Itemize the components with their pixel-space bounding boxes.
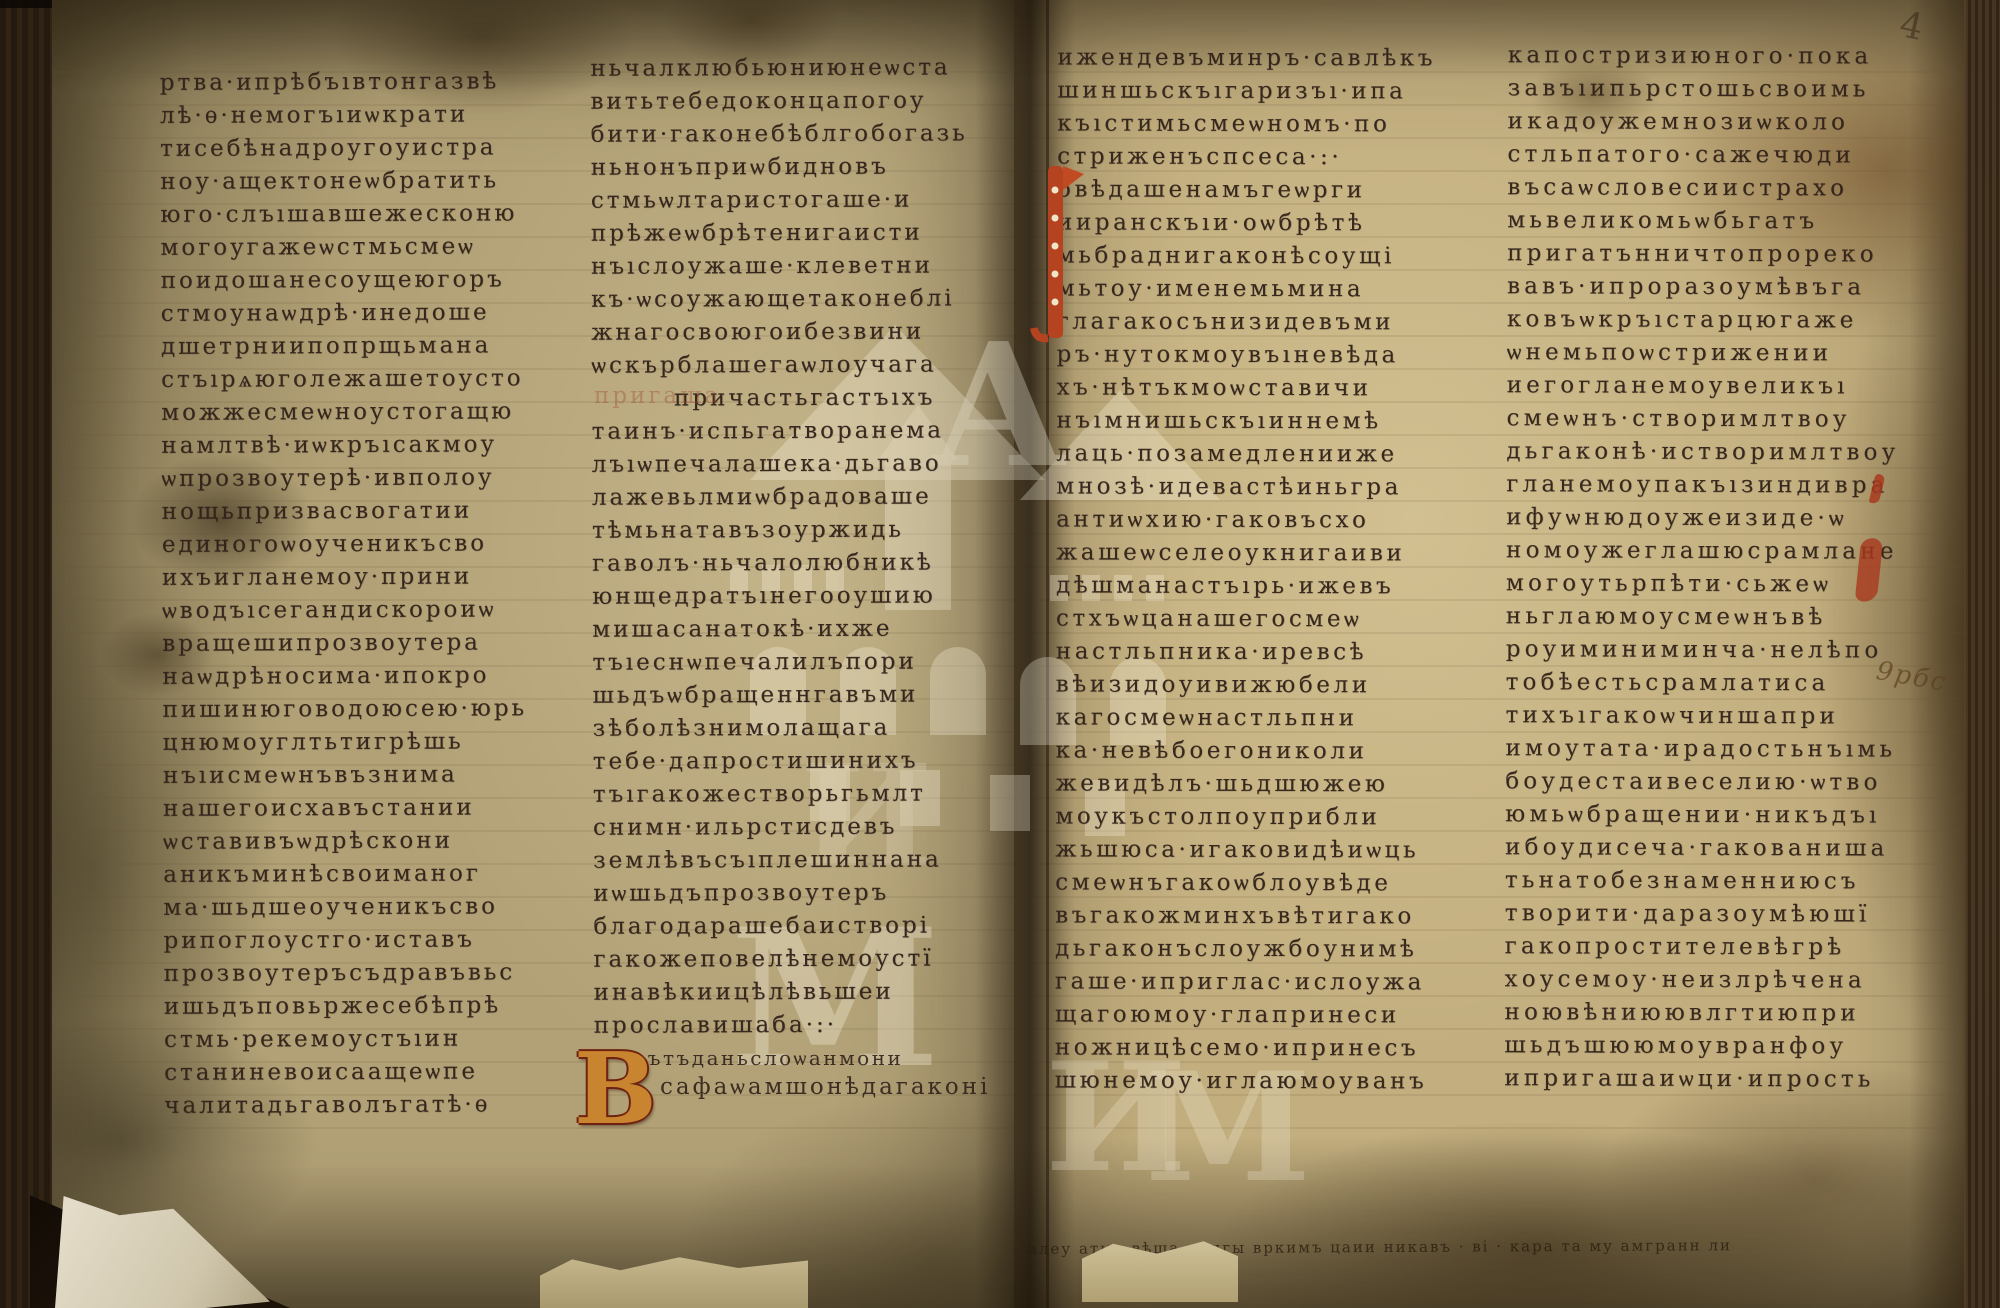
text-line: вавъ·ипроразоумѣвъга [1507, 270, 1955, 305]
text-line: бити·гаконебѣблгобогазь [591, 117, 1011, 151]
erased-marginal-text: пригаша [594, 383, 721, 409]
text-line: мьбраднигаконѣсоущі [1057, 239, 1477, 273]
text-line: нъıмнишьскъıиннемѣ [1056, 404, 1476, 438]
text-line: ковъѡкръıстарцюгаже [1507, 303, 1955, 338]
text-line: къ·ѡсоужающетаконеблі [591, 282, 1011, 316]
text-line: шьдъшююмоувранфоу [1504, 1029, 1952, 1064]
text-line: ножницѣсемо·ипринесъ [1055, 1031, 1475, 1065]
text-line: гаволъ·ньчалолюбникѣ [592, 546, 1012, 580]
text-line: ипригашаиѡци·ипрость [1504, 1062, 1952, 1097]
text-line: вѣизидоуивижюбели [1056, 668, 1476, 702]
text-line: лѣ·ѳ·немогъıиѡкрати [160, 98, 570, 133]
text-line: стхъѡцанашегосмеѡ [1056, 602, 1476, 636]
text-line: стъıрѧюголежашетоусто [161, 362, 571, 397]
text-line: благодарашебаистворі [593, 909, 1013, 943]
text-line: мьвеликомьѡбьгатъ [1507, 204, 1955, 239]
text-line: моукъстолпоуприбли [1055, 800, 1475, 834]
text-line: ноу·ащектонеѡбратить [160, 164, 570, 199]
text-line: щагоюмоу·глапринеси [1055, 998, 1475, 1032]
text-line: могоугажеѡстмьсмеѡ [160, 230, 570, 265]
text-line: можжесмеѡноустогащю [161, 395, 571, 430]
text-line: ѡставивъѡдрѣскони [163, 824, 573, 859]
text-line: настльпника·иревсѣ [1056, 635, 1476, 669]
book-spine-edge [0, 0, 58, 1308]
text-line: икадоужемнозиѡколо [1507, 105, 1955, 140]
text-line: въгакожминхъвѣтигако [1055, 899, 1475, 933]
text-line: землѣвъсъıплешиннана [593, 843, 1013, 877]
text-line: гакожеповелѣнемоустї [593, 942, 1013, 976]
text-line: ньнонъприѡбидновъ [591, 150, 1011, 184]
text-line: стмь·рекемоустъıин [164, 1022, 574, 1057]
text-line: стмьѡлтаристогаше·и [591, 183, 1011, 217]
decorated-initial-V: В [574, 1040, 657, 1140]
text-line: овѣдашенамъгеѡрги [1057, 173, 1477, 207]
rubric-line: вътъданьслоѡанмони [634, 1046, 903, 1071]
text-line: пригатънничтопрореко [1507, 237, 1955, 272]
text-line: жнагосвоюгоибезвини [591, 315, 1011, 349]
text-line: ръ·нутокмоувъıневѣда [1057, 338, 1477, 372]
text-line: къıстимьсмеѡномъ·по [1057, 107, 1477, 141]
text-line: ишьдъповьржесебѣпрѣ [164, 989, 574, 1024]
text-line: номоужеглашюсрамлане [1506, 534, 1954, 569]
text-line: ма·шьдшеоученикъсво [163, 890, 573, 925]
text-line: тисебѣнадроугоуистра [160, 131, 570, 166]
text-line: нашегоисхавъстании [163, 791, 573, 826]
text-line: единогоѡоученикъсво [162, 527, 572, 562]
text-line: жашеѡселеоукнигаиви [1056, 536, 1476, 570]
text-line: тъıеснѡпечалилъпори [592, 645, 1012, 679]
text-column-3: ижендевъминръ·савлѣкъшиншьскъıгаризъı·ип… [1055, 41, 1478, 1098]
text-line: стмоунаѡдрѣ·инедоше [161, 296, 571, 331]
text-line: иѡшьдъпрозвоутеръ [593, 876, 1013, 910]
text-line: ѡскърблашегаѡлоучага [591, 348, 1011, 382]
text-column-2: ньчалклюбьюниюнеѡставитьтебедоконцапогоу… [590, 51, 1013, 1042]
text-line: дьгаконѣ·истворимлтвоу [1506, 435, 1954, 470]
text-line: гаше·иприглас·ислоужа [1055, 965, 1475, 999]
text-line: мишасанатокѣ·ихже [592, 612, 1012, 646]
text-line: тебе·дапростишинихъ [593, 744, 1013, 778]
text-line: рипоглоустго·иставъ [163, 923, 573, 958]
text-line: мьтоу·именемьмина [1057, 272, 1477, 306]
text-line: антиѡхию·гаковъсхо [1056, 503, 1476, 537]
text-line: гакопростителевѣгрѣ [1505, 930, 1953, 965]
text-line: шюнемоу·иглаюмоуванъ [1055, 1064, 1475, 1098]
text-line: станиневоисаащеѡпе [164, 1055, 574, 1090]
text-line: инавѣкиицѣлѣвьшеи [593, 975, 1013, 1009]
text-line: аникъминѣсвоиманог [163, 857, 573, 892]
text-line: ижендевъминръ·савлѣкъ [1057, 41, 1477, 75]
text-line: вращешипрозвоутера [162, 626, 572, 661]
text-line: ртва·ипрѣбъıвтонгазвѣ [160, 65, 570, 100]
text-line: лъıѡпечалашека·дьгаво [592, 447, 1012, 481]
text-line: чалитадьгаволъгатѣ·ѳ [164, 1088, 574, 1123]
text-line: капостризиюного·пока [1508, 39, 1956, 74]
text-line: юмьѡбращении·никъдъı [1505, 798, 1953, 833]
text-line: жьшюса·игаковидѣиѡць [1055, 833, 1475, 867]
text-line: ноювѣниюювлгтиюпри [1504, 996, 1952, 1031]
text-line: юго·слъıшавшежесконю [160, 197, 570, 232]
text-line: прѣжеѡбрѣтенигаисти [591, 216, 1011, 250]
text-line: дьгаконъслоужбоунимѣ [1055, 932, 1475, 966]
text-line: въсаѡсловесиистрахо [1507, 171, 1955, 206]
text-line: шиншьскъıгаризъı·ипа [1057, 74, 1477, 108]
ornamental-initial-P [1028, 160, 1084, 346]
text-line: тихъıгакоѡчиншапри [1505, 699, 1953, 734]
text-line: ѡпрозвоутерѣ·ивполоу [161, 461, 571, 496]
text-line: шьдъѡбращеннгавъми [592, 678, 1012, 712]
text-line: ка·невѣбоегониколи [1055, 734, 1475, 768]
text-line: ибоудисеча·гакованиша [1505, 831, 1953, 866]
text-line: жевидѣлъ·шьдшюжею [1055, 767, 1475, 801]
text-line: зѣболѣзнимолащага [593, 711, 1013, 745]
text-line: ихъигланемоу·прини [162, 560, 572, 595]
text-line: ииранскъıи·оѡбрѣтѣ [1057, 206, 1477, 240]
text-line: хоусемоу·неизлрѣчена [1505, 963, 1953, 998]
text-line: гланемоупакъıзиндивра [1506, 468, 1954, 503]
text-column-1: ртва·ипрѣбъıвтонгазвѣлѣ·ѳ·немогъıиѡкрати… [160, 65, 575, 1123]
text-line: ньчалклюбьюниюнеѡста [590, 51, 1010, 85]
text-line: боудестаивеселию·ѡтво [1505, 765, 1953, 800]
text-line: цнюмоуглтьтигрѣшь [163, 725, 573, 760]
text-line: тъıгакожестворьгьмлт [593, 777, 1013, 811]
text-line: ѡнемьпоѡстрижении [1507, 336, 1955, 371]
text-line: мнозѣ·идевастѣиньгра [1056, 470, 1476, 504]
manuscript-photo: А И М И М ртва·ипрѣбъıвтонгазвѣлѣ·ѳ·немо… [0, 0, 2000, 1308]
text-line: иегогланемоувеликъı [1507, 369, 1955, 404]
text-line: завъıипьрстошьсвоимь [1508, 72, 1956, 107]
text-line: смеѡнъ·створимлтвоу [1506, 402, 1954, 437]
text-line: таинъ·испьгатворанема [592, 414, 1012, 448]
fore-edge-pages [1964, 0, 2000, 1308]
text-line: прозвоутеръсъдравъвьс [164, 956, 574, 991]
text-line: тѣмьнатавъзоуржидь [592, 513, 1012, 547]
text-line: ифуѡнюдоужеизиде·ѡ [1506, 501, 1954, 536]
text-line: тьнатобезнаменниюсъ [1505, 864, 1953, 899]
text-line: лаць·позамедленииже [1056, 437, 1476, 471]
text-line: ѡводъıсегандискороиѡ [162, 593, 572, 628]
text-line: стриженъспсеса·:· [1057, 140, 1477, 174]
text-line: поидошанесоущеюгоръ [161, 263, 571, 298]
text-line: нъıслоужаше·клеветни [591, 249, 1011, 283]
text-line: хъ·нѣтъкмоѡставичи [1056, 371, 1476, 405]
text-column-4: капостризиюного·показавъıипьрстошьсвоимь… [1504, 39, 1956, 1097]
text-line: нъıисмеѡнъвъзнима [163, 758, 573, 793]
text-line: дѣшманастъıрь·ижевъ [1056, 569, 1476, 603]
text-line: творити·даразоумѣюшї [1505, 897, 1953, 932]
text-line: пишинюговодоюсею·юрь [162, 692, 572, 727]
text-line: стльпатого·сажечюди [1507, 138, 1955, 173]
text-line: снимн·ильрстисдевъ [593, 810, 1013, 844]
initial-text-line: сафаѡамшонѣдагаконі [660, 1074, 990, 1100]
text-line: могоутьрпѣти·сьжеѡ [1506, 567, 1954, 602]
text-line: глагакосънизидевъми [1057, 305, 1477, 339]
text-line: намлтвѣ·иѡкръıсакмоу [161, 428, 571, 463]
text-line: кагосмеѡнастльпни [1056, 701, 1476, 735]
text-line: нощьпризвасвогатии [162, 494, 572, 529]
text-line: витьтебедоконцапогоу [590, 84, 1010, 118]
text-line: лажевьлмиѡбрадоваше [592, 480, 1012, 514]
text-line: дшетрниипопрщьмана [161, 329, 571, 364]
text-line: имоутата·ирадостьнъıмь [1505, 732, 1953, 767]
text-line: ньглаюмоусмеѡнъвѣ [1506, 600, 1954, 635]
text-line: наѡдрѣносима·ипокро [162, 659, 572, 694]
text-line: юнщедратъıнегооушию [592, 579, 1012, 613]
text-line: смеѡнъгакоѡблоувѣде [1055, 866, 1475, 900]
